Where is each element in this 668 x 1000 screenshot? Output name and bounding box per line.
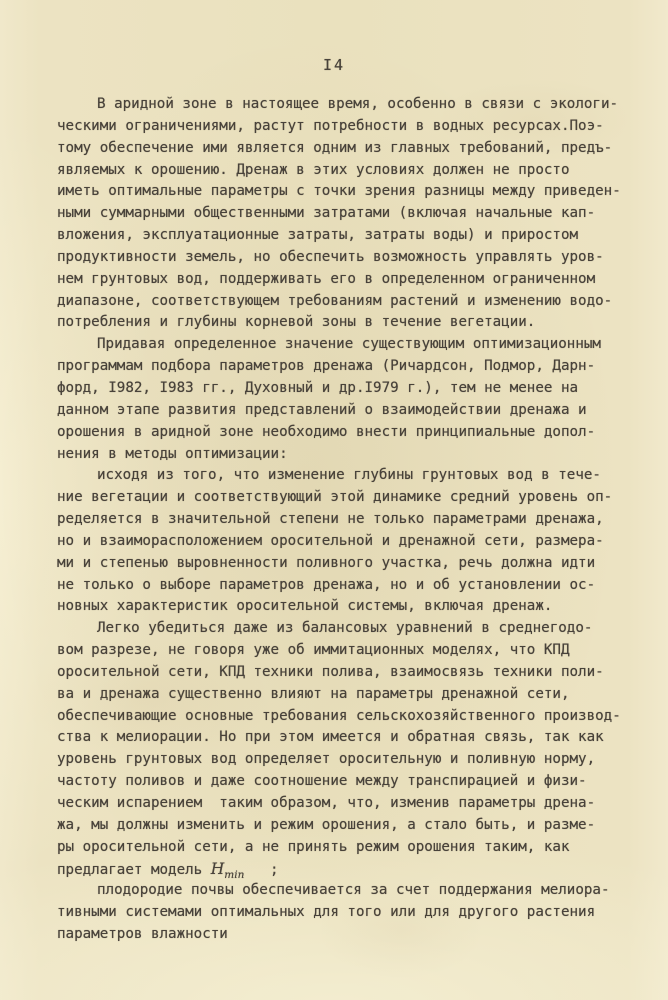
text-line: иметь оптимальные параметры с точки зрен… <box>57 181 645 203</box>
text-line: потребления и глубины корневой зоны в те… <box>57 312 645 334</box>
text-line-content: ры оросительной сети, а не принять режим… <box>57 839 570 855</box>
text-line: ределяется в значительной степени не тол… <box>57 509 645 531</box>
text-line: данном этапе развития представлений о вз… <box>57 400 645 422</box>
text-line-content: нения в методы оптимизации: <box>57 446 288 462</box>
text-line-content: новных характеристик оросительной систем… <box>57 598 552 614</box>
text-line: форд, I982, I983 гг., Духовный и др.I979… <box>57 378 645 400</box>
text-line: В аридной зоне в настоящее время, особен… <box>57 94 645 116</box>
text-line: новных характеристик оросительной систем… <box>57 596 645 618</box>
text-line: нем грунтовых вод, поддерживать его в оп… <box>57 269 645 291</box>
text-line-content: иметь оптимальные параметры с точки зрен… <box>57 183 621 199</box>
text-line-content: оросительной сети, КПД техники полива, в… <box>57 664 604 680</box>
text-line-content: форд, I982, I983 гг., Духовный и др.I979… <box>57 380 578 396</box>
text-line: ства к мелиорации. Но при этом имеется и… <box>57 727 645 749</box>
text-line: исходя из того, что изменение глубины гр… <box>57 465 645 487</box>
text-line: Придавая определенное значение существую… <box>57 334 645 356</box>
text-line: ми и степенью выровненности поливного уч… <box>57 553 645 575</box>
page-scan: I4 В аридной зоне в настоящее время, осо… <box>0 0 668 1000</box>
text-line: Легко убедиться даже из балансовых уравн… <box>57 618 645 640</box>
text-line-content: Придавая определенное значение существую… <box>97 336 601 352</box>
text-line-content: ческими ограничениями, растут потребност… <box>57 118 604 134</box>
text-line: ческим испарением таким образом, что, из… <box>57 793 645 815</box>
text-line: частоту поливов и даже соотношение между… <box>57 771 645 793</box>
text-line-content: ва и дренажа существенно влияют на парам… <box>57 686 570 702</box>
text-line-content: вом разрезе, не говоря уже об иммитацион… <box>57 642 570 658</box>
text-line-content: орошения в аридной зоне необходимо внест… <box>57 424 595 440</box>
text-line-content: не только о выборе параметров дренажа, н… <box>57 577 595 593</box>
text-line: являемых к орошению. Дренаж в этих услов… <box>57 160 645 182</box>
text-line-content: данном этапе развития представлений о вз… <box>57 402 587 418</box>
text-line: вом разрезе, не говоря уже об иммитацион… <box>57 640 645 662</box>
text-line-content: исходя из того, что изменение глубины гр… <box>97 467 601 483</box>
text-line-content: параметров влажности <box>57 926 228 942</box>
text-line: жа, мы должны изменить и режим орошения,… <box>57 815 645 837</box>
text-line-content: ства к мелиорации. Но при этом имеется и… <box>57 729 604 745</box>
text-line-content: тому обеспечение ими является одним из г… <box>57 140 612 156</box>
text-line-content: обеспечивающие основные требования сельс… <box>57 708 621 724</box>
text-line-content: являемых к орошению. Дренаж в этих услов… <box>57 162 570 178</box>
text-line-content: тивными системами оптимальных для того и… <box>57 904 595 920</box>
text-line: продуктивности земель, но обеспечить воз… <box>57 247 645 269</box>
text-line: ными суммарными общественными затратами … <box>57 203 645 225</box>
text-line: обеспечивающие основные требования сельс… <box>57 706 645 728</box>
text-line: не только о выборе параметров дренажа, н… <box>57 575 645 597</box>
text-line-content: программам подбора параметров дренажа (Р… <box>57 358 595 374</box>
text-line: вложения, эксплуатационные затраты, затр… <box>57 225 645 247</box>
text-line-content: уровень грунтовых вод определяет оросите… <box>57 751 595 767</box>
text-line: плодородие почвы обеспечивается за счет … <box>57 880 645 902</box>
text-line: уровень грунтовых вод определяет оросите… <box>57 749 645 771</box>
text-line: нения в методы оптимизации: <box>57 444 645 466</box>
formula-hmin: Hmin <box>211 860 245 878</box>
text-line-content: ределяется в значительной степени не тол… <box>57 511 604 527</box>
text-line: ва и дренажа существенно влияют на парам… <box>57 684 645 706</box>
text-line: ры оросительной сети, а не принять режим… <box>57 837 645 859</box>
text-line: тивными системами оптимальных для того и… <box>57 902 645 924</box>
text-line-content: плодородие почвы обеспечивается за счет … <box>97 882 610 898</box>
text-line-content: частоту поливов и даже соотношение между… <box>57 773 587 789</box>
text-line-content: ние вегетации и соответствующий этой дин… <box>57 489 612 505</box>
text-line-content: потребления и глубины корневой зоны в те… <box>57 314 535 330</box>
text-line-content: продуктивности земель, но обеспечить воз… <box>57 249 604 265</box>
text-block: В аридной зоне в настоящее время, особен… <box>57 94 645 946</box>
text-line: диапазоне, соответствующем требованиям р… <box>57 291 645 313</box>
text-line: тому обеспечение ими является одним из г… <box>57 138 645 160</box>
page-number: I4 <box>0 56 668 74</box>
text-line-content: ческим испарением таким образом, что, из… <box>57 795 595 811</box>
text-line-content: В аридной зоне в настоящее время, особен… <box>97 96 618 112</box>
text-line: параметров влажности <box>57 924 645 946</box>
text-line: ческими ограничениями, растут потребност… <box>57 116 645 138</box>
text-line: предлагает модель Hmin ; <box>57 859 645 881</box>
text-line: орошения в аридной зоне необходимо внест… <box>57 422 645 444</box>
text-line-content: но и взаиморасположением оросительной и … <box>57 533 604 549</box>
text-line: ние вегетации и соответствующий этой дин… <box>57 487 645 509</box>
text-line-content: ми и степенью выровненности поливного уч… <box>57 555 595 571</box>
text-line-content: вложения, эксплуатационные затраты, затр… <box>57 227 578 243</box>
text-line: программам подбора параметров дренажа (Р… <box>57 356 645 378</box>
text-line-content: ; <box>244 862 278 878</box>
text-line-content: ными суммарными общественными затратами … <box>57 205 595 221</box>
text-line: оросительной сети, КПД техники полива, в… <box>57 662 645 684</box>
text-line: но и взаиморасположением оросительной и … <box>57 531 645 553</box>
text-line-content: нем грунтовых вод, поддерживать его в оп… <box>57 271 595 287</box>
text-line-content: Легко убедиться даже из балансовых уравн… <box>97 620 592 636</box>
text-line-content: предлагает модель <box>57 862 211 878</box>
text-line-content: жа, мы должны изменить и режим орошения,… <box>57 817 595 833</box>
text-line-content: диапазоне, соответствующем требованиям р… <box>57 293 612 309</box>
